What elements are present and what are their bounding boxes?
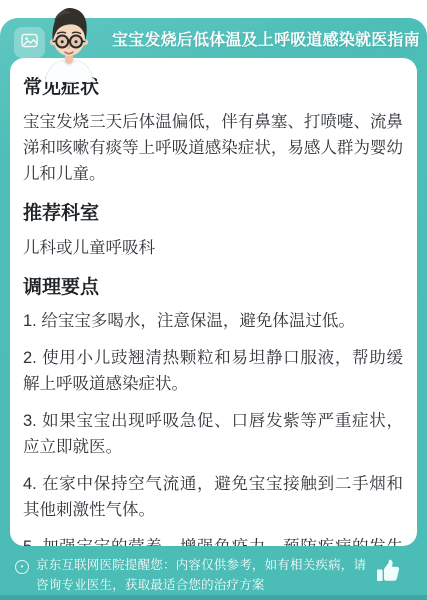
content-card: 常见症状 宝宝发烧三天后体温偏低，伴有鼻塞、打喷嚏、流鼻涕和咳嗽有痰等上呼吸道感…: [10, 58, 417, 546]
teal-frame: 宝宝发烧后低体温及上呼吸道感染就医指南 常见症状 宝宝发烧三天后体温偏低，伴有鼻…: [0, 18, 427, 600]
page-title: 宝宝发烧后低体温及上呼吸道感染就医指南: [112, 27, 420, 50]
thumbs-up-icon[interactable]: [375, 558, 402, 589]
section-body: 宝宝发烧三天后体温偏低，伴有鼻塞、打喷嚏、流鼻涕和咳嗽有痰等上呼吸道感染症状，易…: [23, 109, 403, 187]
care-point-item: 2. 使用小儿豉翘清热颗粒和易坦静口服液，帮助缓解上呼吸道感染症状。: [23, 345, 403, 397]
section-common-symptoms: 常见症状 宝宝发烧三天后体温偏低，伴有鼻塞、打喷嚏、流鼻涕和咳嗽有痰等上呼吸道感…: [23, 74, 403, 187]
doctor-avatar: [26, 2, 112, 82]
care-point-item: 1. 给宝宝多喝水，注意保温，避免体温过低。: [23, 308, 403, 334]
section-heading: 推荐科室: [23, 200, 403, 226]
care-point-item: 3. 如果宝宝出现呼吸急促、口唇发紫等严重症状，应立即就医。: [23, 408, 403, 460]
disclaimer-text: 京东互联网医院提醒您：内容仅供参考，如有相关疾病，请咨询专业医生，获取最适合您的…: [36, 555, 368, 595]
section-care-points: 调理要点 1. 给宝宝多喝水，注意保温，避免体温过低。 2. 使用小儿豉翘清热颗…: [23, 274, 403, 547]
section-heading: 调理要点: [23, 274, 403, 300]
info-circle-icon: •: [15, 560, 29, 574]
health-guide-page: { "theme": { "teal": "#4CBCB6", "teal_da…: [0, 0, 427, 600]
footer-disclaimer: • 京东互联网医院提醒您：内容仅供参考，如有相关疾病，请咨询专业医生，获取最适合…: [0, 546, 427, 595]
care-point-item: 5. 加强宝宝的营养，增强免疫力，预防疾病的发生和复发。: [23, 534, 403, 546]
section-recommended-department: 推荐科室 儿科或儿童呼吸科: [23, 200, 403, 261]
care-point-item: 4. 在家中保持空气流通，避免宝宝接触到二手烟和其他刺激性气体。: [23, 471, 403, 523]
section-body: 儿科或儿童呼吸科: [23, 235, 403, 261]
